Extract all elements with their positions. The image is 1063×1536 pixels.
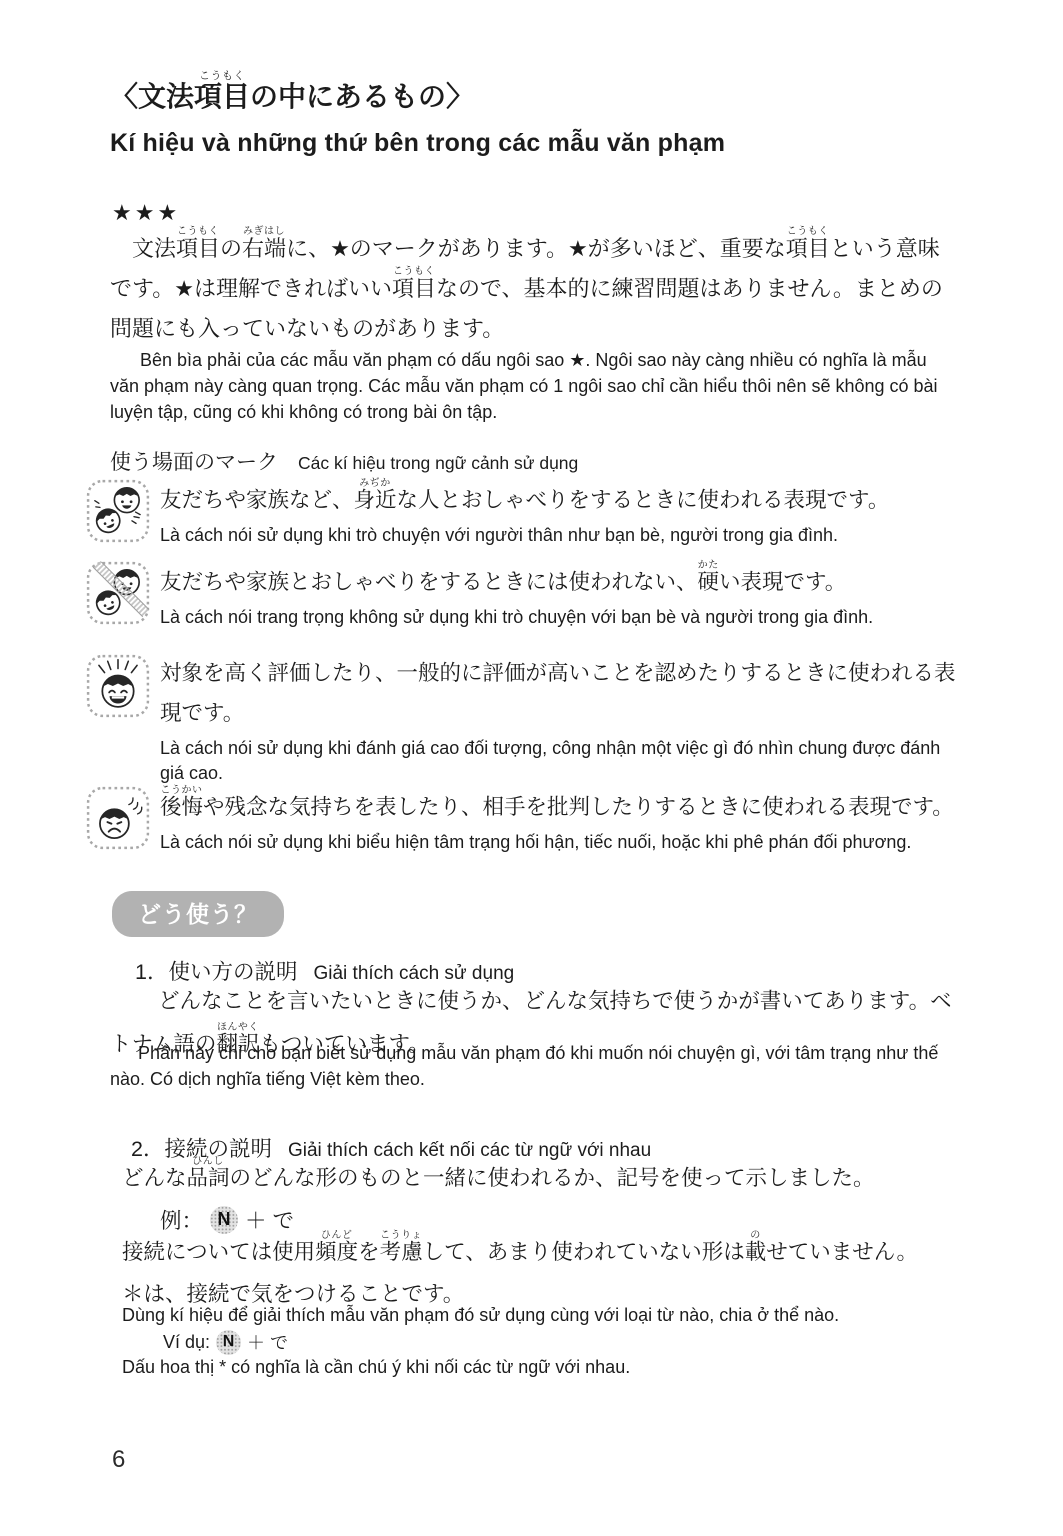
- page-title-japanese: 〈文法項目こうもくの中にあるもの〉: [110, 70, 474, 120]
- mark-description-vietnamese: Là cách nói sử dụng khi biểu hiện tâm tr…: [160, 830, 963, 855]
- page-title-vietnamese: Kí hiệu và những thứ bên trong các mẫu v…: [110, 129, 725, 158]
- usage-mark-row-regret: 後悔こうかいや残念な気持ちを表したり、相手を批判したりするときに使われる表現です…: [85, 785, 963, 856]
- importance-stars: ★★★: [112, 200, 180, 226]
- intro-paragraph-vietnamese: Bên bìa phải của các mẫu văn phạm có dấu…: [110, 347, 960, 425]
- usage-marks-heading: 使う場面のマーク Các kí hiệu trong ngữ cảnh sử d…: [110, 446, 578, 476]
- section-2-line-2-japanese: 接続については使用頻度ひんどを考慮こうりょして、あまり使われていない形は載のせて…: [122, 1230, 967, 1271]
- section-1-body-vietnamese: Phần này chỉ cho bạn biết sử dụng mẫu vă…: [110, 1040, 962, 1092]
- connection-example-vietnamese: Ví dụ: N ＋ で: [163, 1329, 288, 1355]
- section-2-asterisk-note-vietnamese: Dấu hoa thị * có nghĩa là cần chú ý khi …: [122, 1357, 967, 1378]
- friends-chat-icon: [85, 478, 151, 549]
- how-to-use-badge: どう使う？: [112, 891, 284, 937]
- example-suffix: ＋ で: [247, 1329, 288, 1355]
- mark-description-japanese: 友だちや家族とおしゃべりをするときには使われない、硬かたい表現です。: [160, 560, 963, 602]
- textbook-page: 〈文法項目こうもくの中にあるもの〉 Kí hiệu và những thứ b…: [0, 0, 1063, 1536]
- mark-description-vietnamese: Là cách nói trang trọng không sử dụng kh…: [160, 605, 963, 630]
- mark-description-japanese: 対象を高く評価したり、一般的に評価が高いことを認めたりするときに使われる表現です…: [160, 653, 963, 733]
- mark-description-vietnamese: Là cách nói sử dụng khi đánh giá cao đối…: [160, 736, 963, 786]
- usage-mark-row-casual: 友だちや家族など、身近みぢかな人とおしゃべりをするときに使われる表現です。 Là…: [85, 478, 963, 549]
- no-casual-chat-icon: [85, 560, 151, 631]
- noun-symbol-icon: N: [216, 1330, 241, 1355]
- mark-description-japanese: 後悔こうかいや残念な気持ちを表したり、相手を批判したりするときに使われる表現です…: [160, 785, 963, 827]
- section-2-body-vietnamese: Dùng kí hiệu để giải thích mẫu văn phạm …: [122, 1305, 967, 1326]
- page-number: 6: [112, 1446, 125, 1474]
- example-prefix-vietnamese: Ví dụ:: [163, 1332, 210, 1353]
- mark-description-japanese: 友だちや家族など、身近みぢかな人とおしゃべりをするときに使われる表現です。: [160, 478, 963, 520]
- usage-marks-heading-japanese: 使う場面のマーク: [110, 446, 278, 476]
- mark-description-vietnamese: Là cách nói sử dụng khi trò chuyện với n…: [160, 523, 963, 548]
- usage-mark-row-praise: 対象を高く評価したり、一般的に評価が高いことを認めたりするときに使われる表現です…: [85, 653, 963, 786]
- praise-happy-face-icon: [85, 653, 151, 786]
- section-2-line-1-japanese: どんな品詞ひんしのどんな形のものと一緒に使われるか、記号を使って示しました。: [122, 1156, 967, 1197]
- intro-paragraph-japanese: 文法項目こうもくの右端みぎはしに、★のマークがあります。★が多いほど、重要な項目…: [110, 226, 960, 349]
- usage-marks-heading-vietnamese: Các kí hiệu trong ngữ cảnh sử dụng: [298, 453, 578, 474]
- usage-mark-row-formal: 友だちや家族とおしゃべりをするときには使われない、硬かたい表現です。 Là cá…: [85, 560, 963, 631]
- regret-sad-face-icon: [85, 785, 151, 856]
- section-2-asterisk-note-japanese: ＊は、接続で気をつけることです。: [122, 1277, 464, 1308]
